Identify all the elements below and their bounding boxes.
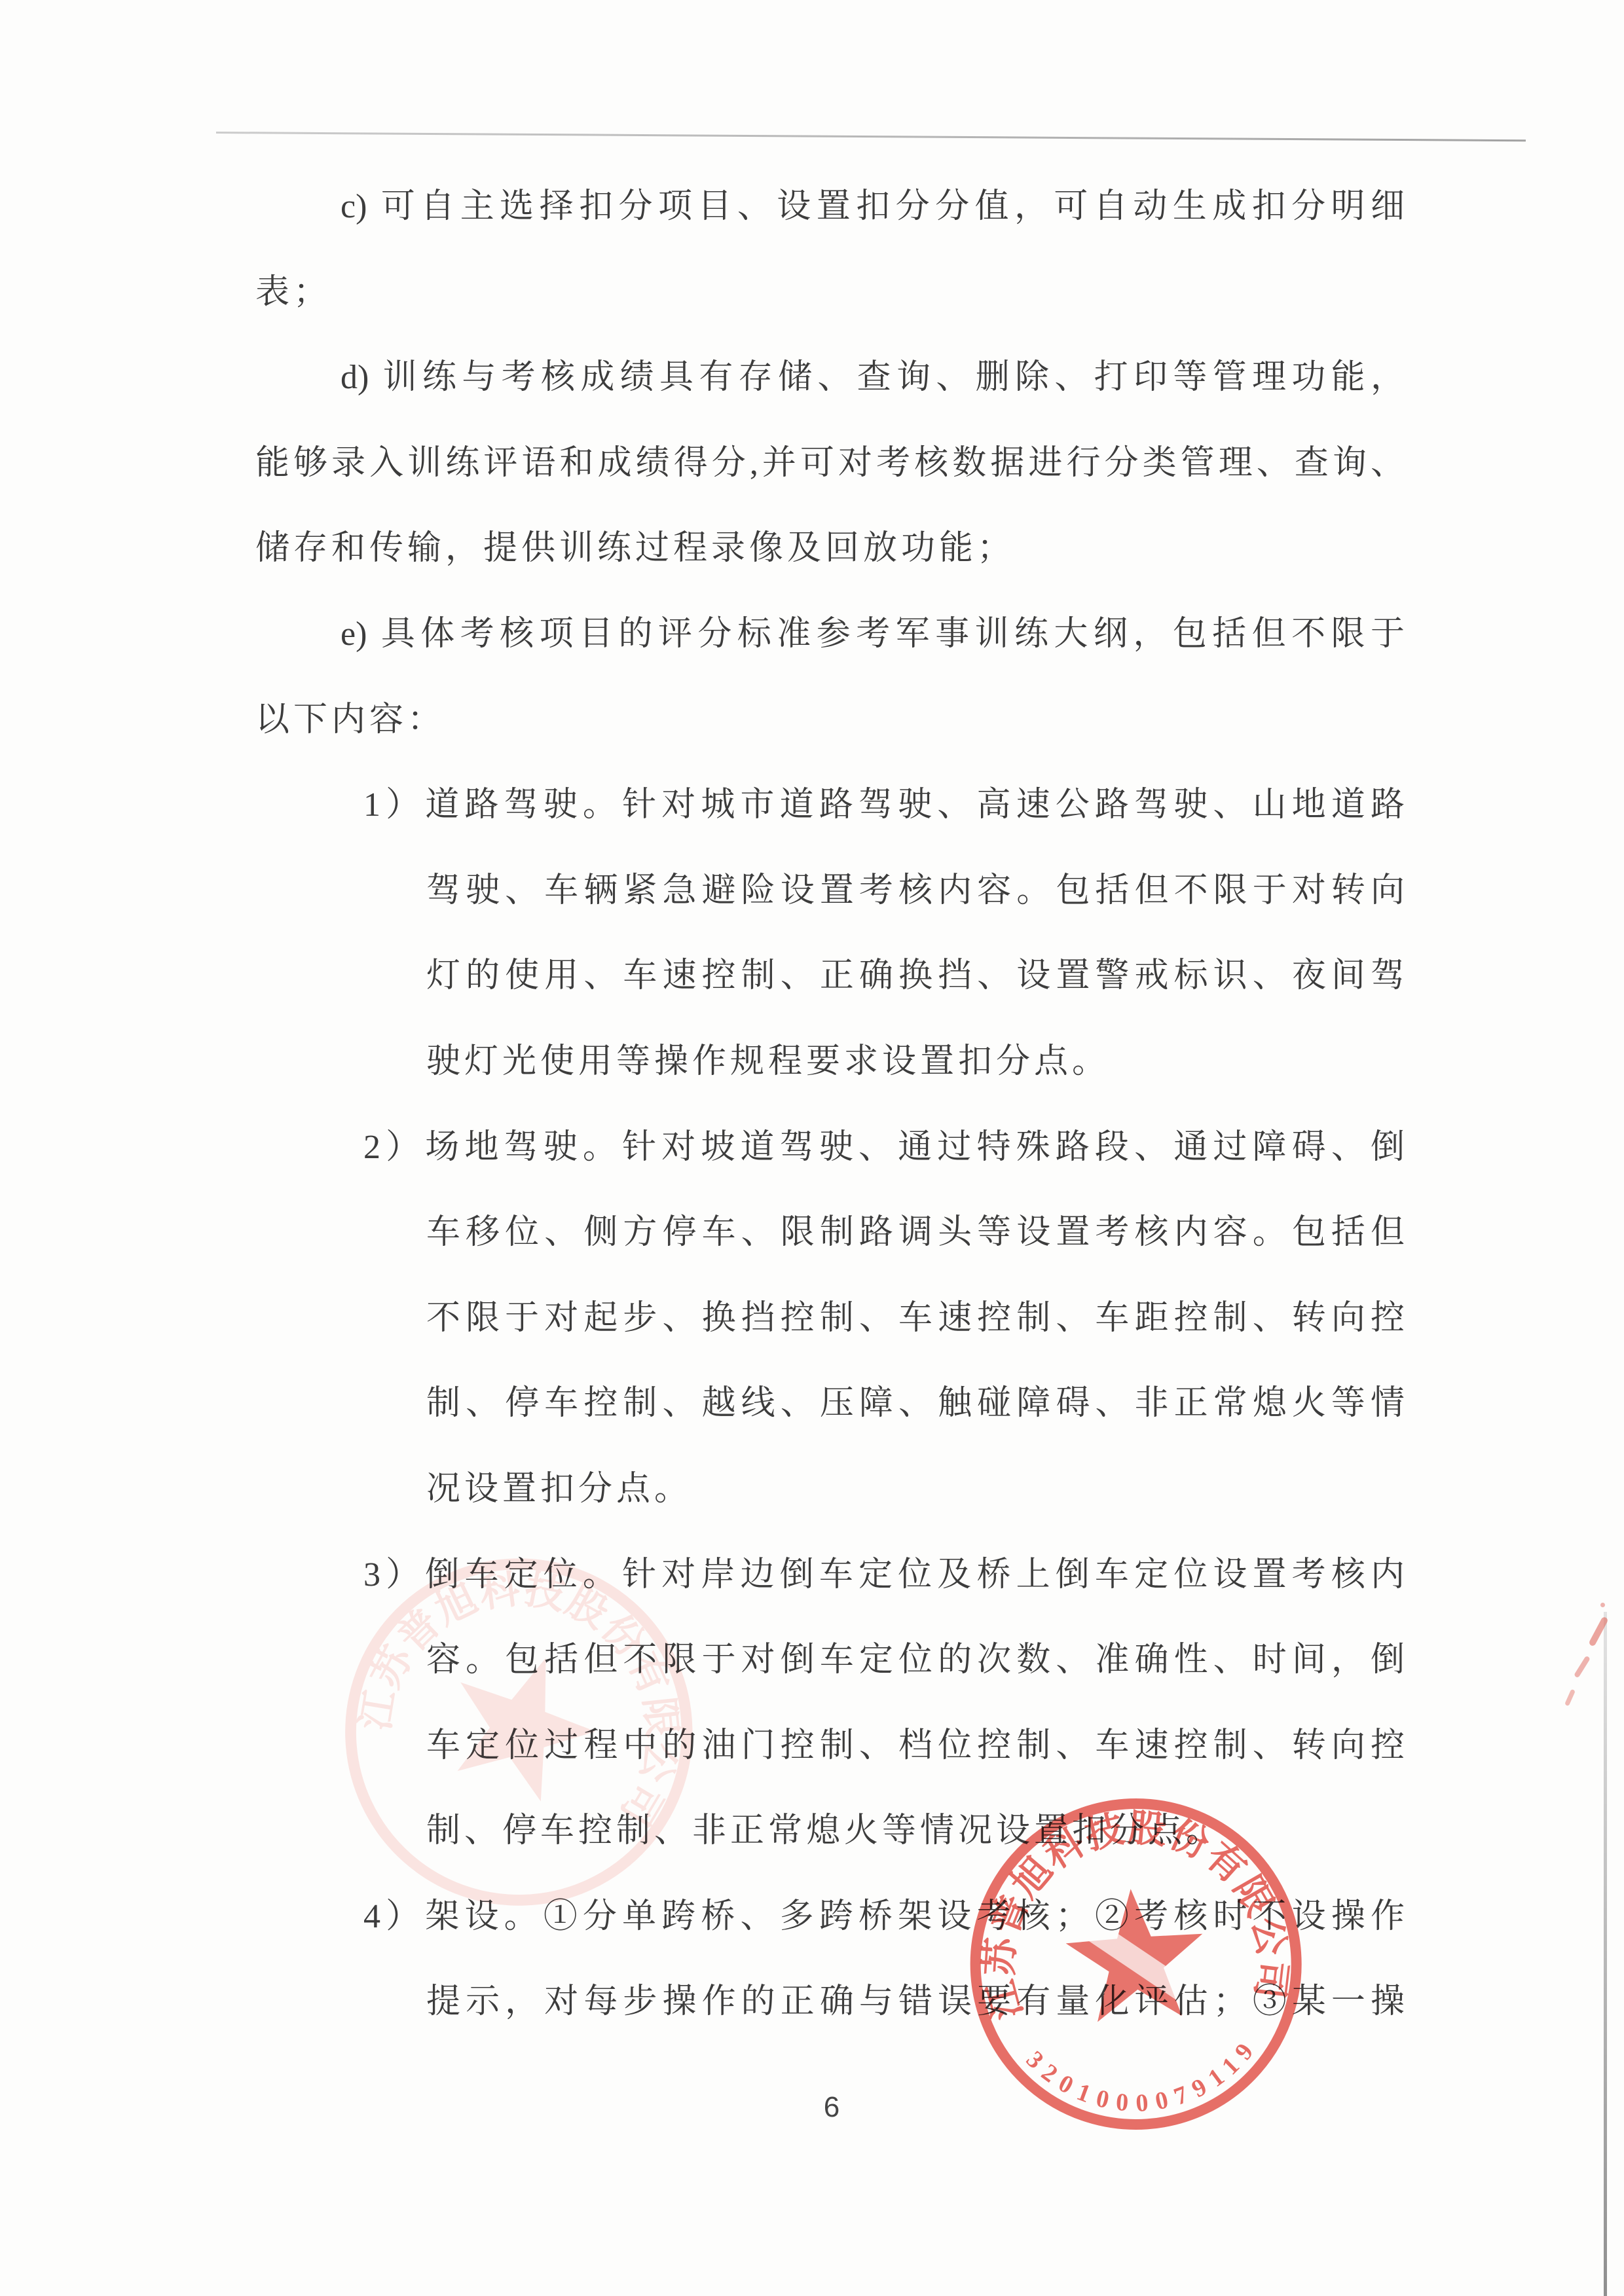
text-line: 灯的使用、车速控制、正确换挡、设置警戒标识、夜间驾 [255,934,1405,1019]
scan-edge-line [1604,1612,1607,2296]
text-line: 车移位、侧方停车、限制路调头等设置考核内容。包括但 [255,1190,1405,1276]
text-line: c) 可自主选择扣分项目、设置扣分分值，可自动生成扣分明细 [255,164,1405,250]
text-line: 2）场地驾驶。针对坡道驾驶、通过特殊路段、通过障碍、倒 [255,1105,1405,1191]
company-seal-graphic: 江苏普旭科技股份有限公司 3201000079119 [954,1785,1318,2149]
text-line: 制、停车控制、越线、压障、触碰障碍、非正常熄火等情 [255,1361,1405,1447]
scanned-document-page: c) 可自主选择扣分项目、设置扣分分值，可自动生成扣分明细 表； d) 训练与考… [0,0,1624,2296]
seal-number-text: 3201000079119 [1020,2030,1268,2125]
text-line: e) 具体考核项目的评分标准参考军事训练大纲，包括但不限于 [255,592,1405,678]
svg-text:3201000079119: 3201000079119 [1020,2030,1268,2125]
text-line: 表； [255,250,1405,336]
text-line: 不限于对起步、换挡控制、车速控制、车距控制、转向控 [255,1276,1405,1362]
text-line: 储存和传输，提供训练过程录像及回放功能； [255,506,1405,592]
text-line: 能够录入训练评语和成绩得分,并可对考核数据进行分类管理、查询、 [255,421,1405,507]
ink-smudge [1574,1656,1591,1679]
text-line: 驾驶、车辆紧急避险设置考核内容。包括但不限于对转向 [255,848,1405,934]
text-line: 驶灯光使用等操作规程要求设置扣分点。 [255,1019,1405,1105]
ghost-seal-star-icon [432,1633,613,1811]
company-seal: 江苏普旭科技股份有限公司 3201000079119 [954,1785,1318,2149]
text-line: 1）道路驾驶。针对城市道路驾驶、高速公路驾驶、山地道路 [255,763,1405,848]
text-line: d) 训练与考核成绩具有存储、查询、删除、打印等管理功能， [255,335,1405,421]
text-line: 以下内容： [255,678,1405,763]
ink-smudge [1564,1689,1576,1707]
header-rule [216,132,1526,141]
page-number: 6 [786,2087,877,2128]
ink-smudge [1600,1603,1605,1607]
